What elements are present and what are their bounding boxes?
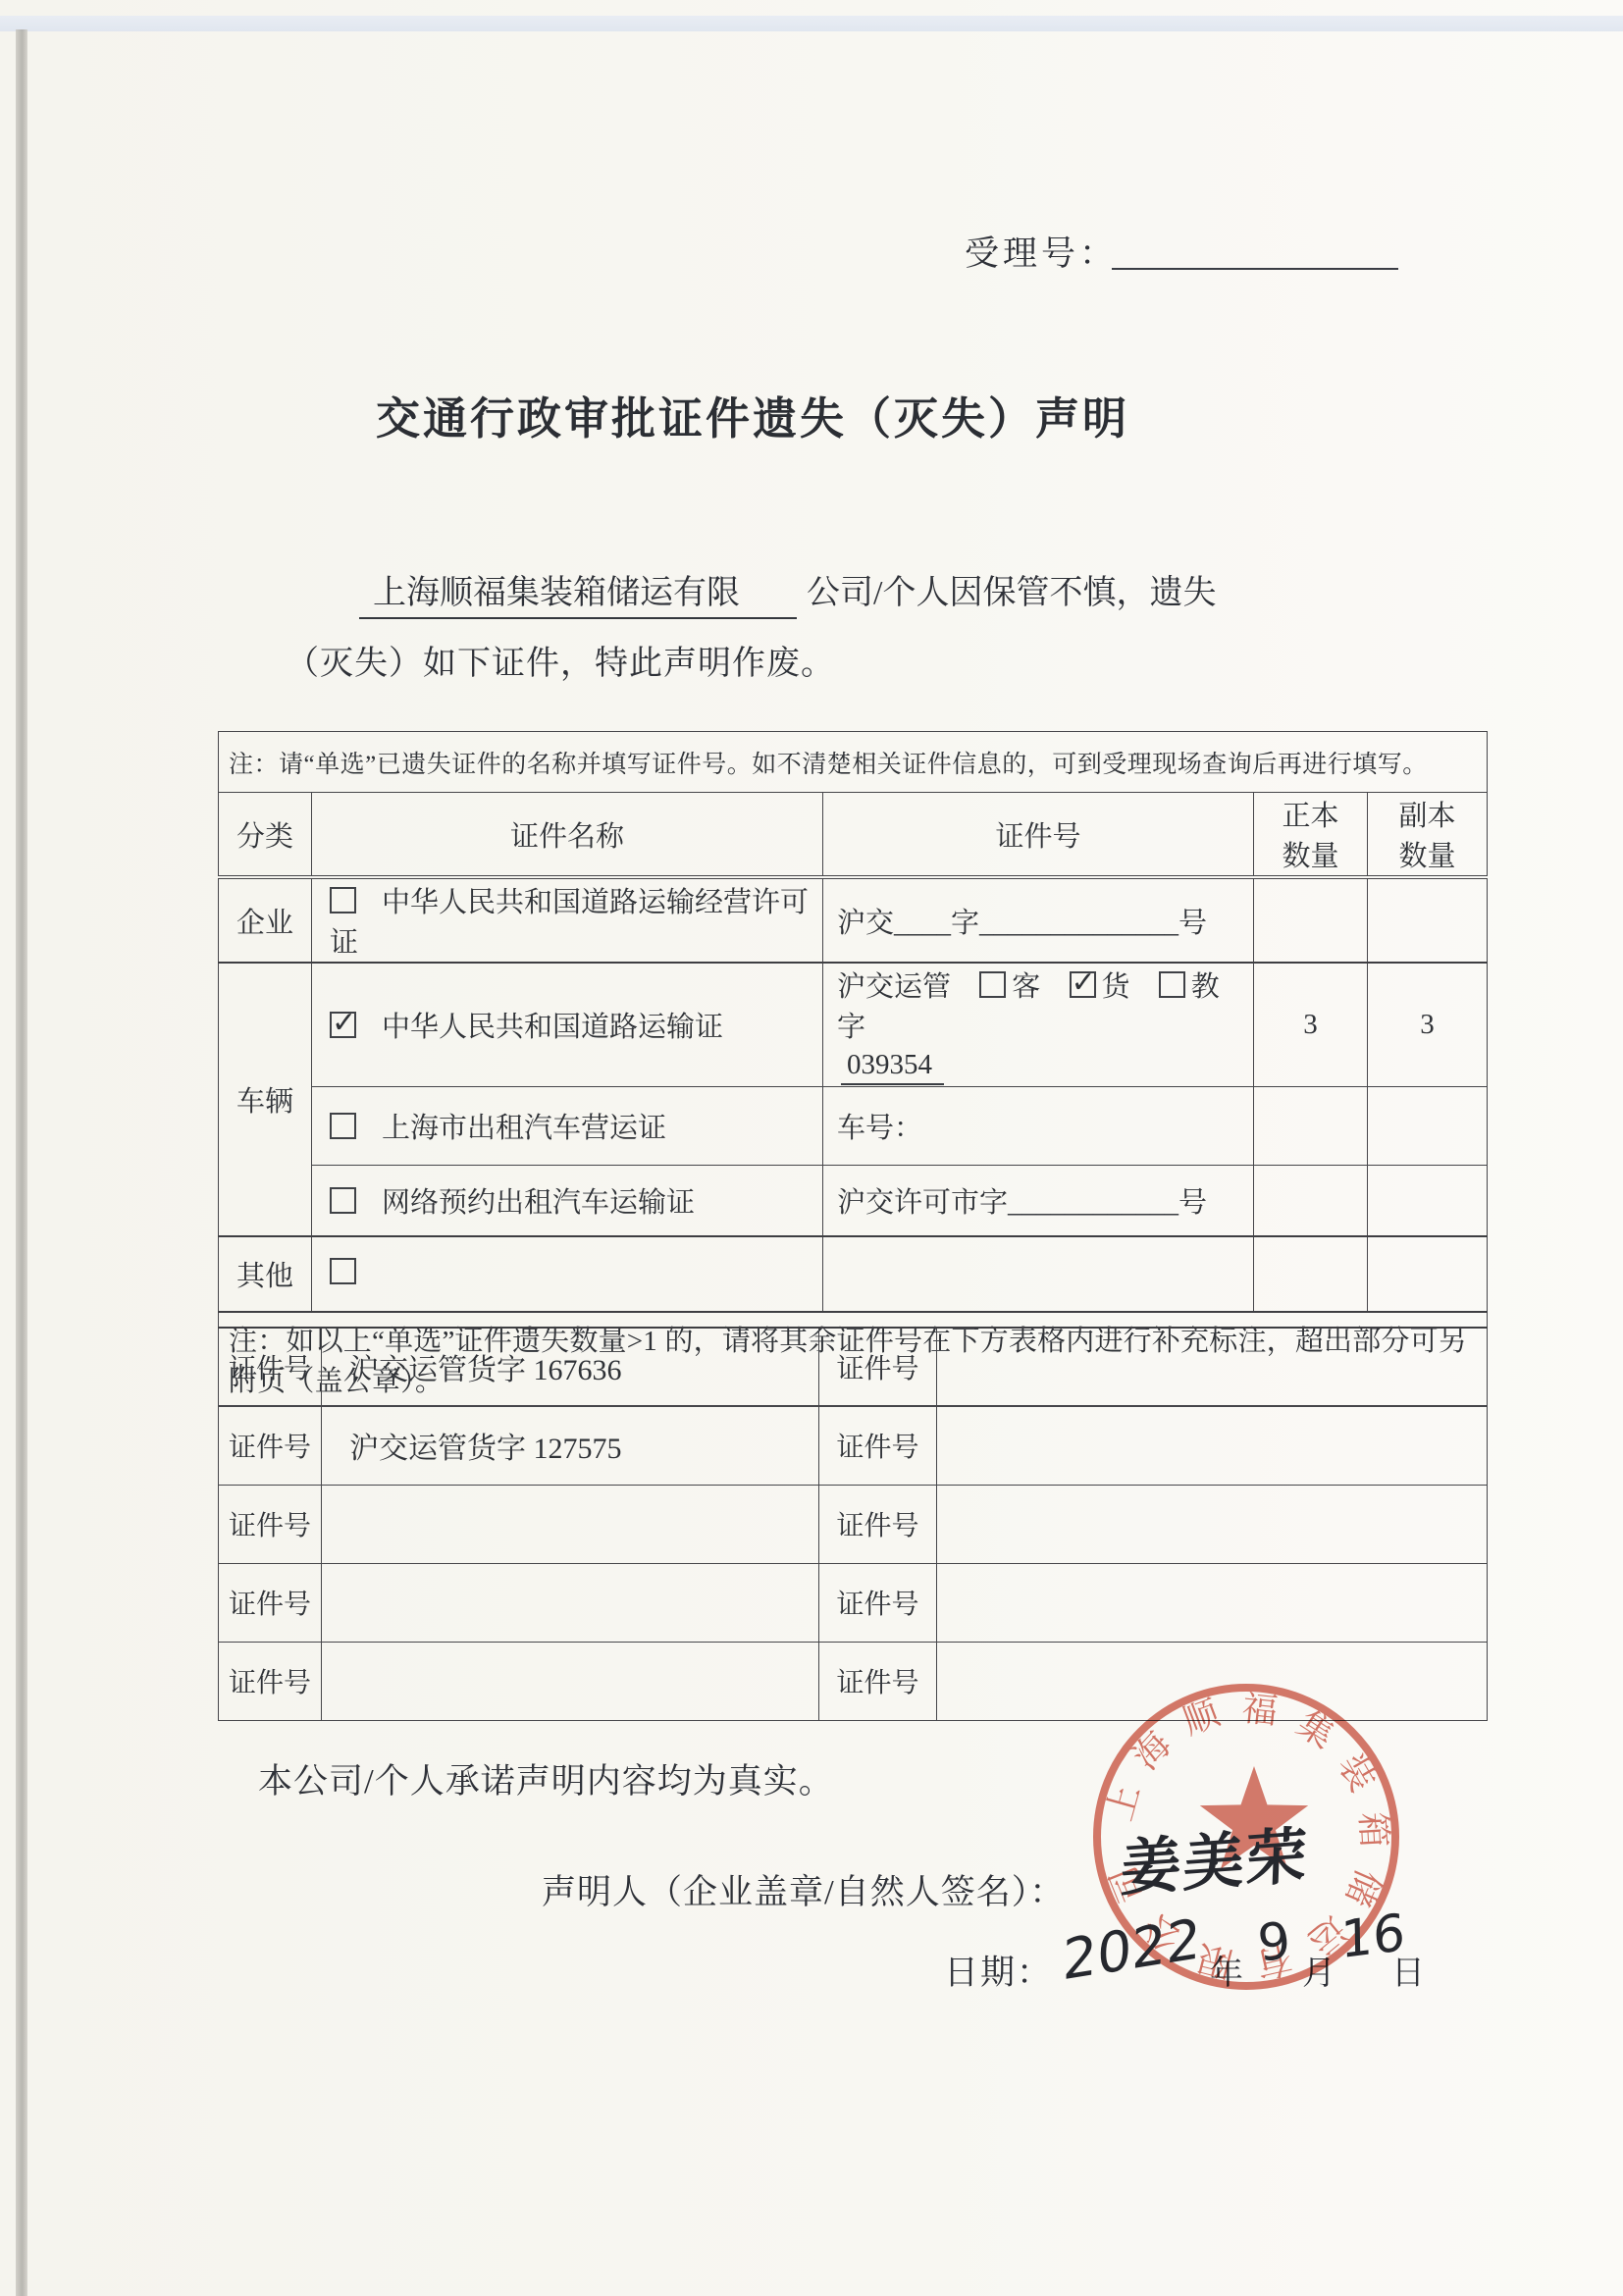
number-suffix: 号 (1178, 908, 1207, 939)
number-prefix: 沪交运管 (837, 971, 951, 1003)
supp-number-value (322, 1485, 819, 1563)
handwritten-signature: 姜美荣 (1120, 1806, 1311, 1907)
scan-artifact-top-band (0, 16, 1623, 31)
supp-number-value (937, 1328, 1488, 1406)
option-label: 货 (1102, 971, 1130, 1003)
cert-number-cell (823, 1236, 1254, 1312)
original-qty-cell (1254, 1087, 1368, 1166)
cert-number-label: 证件号 (219, 1563, 322, 1642)
checkbox-checked-icon (330, 1012, 356, 1038)
cert-number-label: 证件号 (819, 1563, 937, 1642)
checkbox-unchecked-icon (979, 971, 1006, 998)
cert-number-label: 证件号 (819, 1642, 937, 1720)
checkbox-checked-icon (1070, 971, 1096, 998)
checkbox-unchecked-icon (330, 1258, 356, 1284)
table-row: 其他 (219, 1236, 1488, 1312)
copy-qty-cell (1368, 1166, 1488, 1236)
col-header-original-qty: 正本 数量 (1254, 793, 1368, 878)
cert-number-value: 039354 (841, 1049, 944, 1085)
table-note-1: 注：请“单选”已遗失证件的名称并填写证件号。如不清楚相关证件信息的，可到受理现场… (219, 732, 1488, 793)
col-header-cert-name: 证件名称 (312, 793, 823, 878)
declarant-label: 声明人（企业盖章/自然人签名）： (542, 1865, 1065, 1914)
number-mid: 字 (837, 1012, 865, 1043)
option-training: 教 (1159, 971, 1220, 1003)
cert-name-cell: 中华人民共和国道路运输证 (312, 963, 823, 1087)
original-label: 正本 (1255, 794, 1366, 834)
supp-number-value (937, 1406, 1488, 1485)
supplementary-numbers-table: 证件号 沪交运管货字 167636 证件号 证件号 沪交运管货字 127575 … (218, 1327, 1488, 1721)
cert-name-label: 中华人民共和国道路运输经营许可证 (330, 887, 809, 959)
supp-number-value: 沪交运管货字 127575 (322, 1406, 819, 1485)
checkbox-unchecked-icon (330, 1187, 356, 1214)
checkbox-unchecked-icon (330, 1113, 356, 1139)
original-qty-cell (1254, 877, 1368, 963)
col-header-copy-qty: 副本 数量 (1368, 793, 1488, 878)
checkbox-unchecked-icon (330, 887, 356, 913)
option-passenger: 客 (979, 971, 1040, 1003)
table-row: 证件号 沪交运管货字 167636 证件号 (219, 1328, 1488, 1406)
cert-name-label: 中华人民共和国道路运输证 (382, 1012, 723, 1043)
original-qty-cell: 3 (1254, 963, 1368, 1087)
number-blank: ______________ (979, 908, 1178, 939)
category-vehicle: 车辆 (219, 963, 312, 1236)
intro-line-1: 上海顺福集装箱储运有限公司/个人因保管不慎，遗失 (359, 565, 1216, 619)
supp-number-value (937, 1563, 1488, 1642)
copy-label: 副本 (1369, 794, 1486, 834)
table-row: 企业 中华人民共和国道路运输经营许可证 沪交____字_____________… (219, 877, 1488, 963)
number-line-2: 039354 (837, 1049, 1252, 1085)
cert-number-label: 证件号 (219, 1406, 322, 1485)
declarant-company-name: 上海顺福集装箱储运有限 (359, 565, 797, 619)
table-row: 网络预约出租汽车运输证 沪交许可市字____________号 (219, 1166, 1488, 1236)
date-label: 日期： (944, 1946, 1053, 1995)
col-header-category: 分类 (219, 793, 312, 878)
original-qty-cell (1254, 1236, 1368, 1312)
supp-number-value (937, 1485, 1488, 1563)
number-line-1: 沪交运管 客 货 教 字 (837, 965, 1252, 1045)
cert-name-cell (312, 1236, 823, 1312)
copy-qty-cell (1368, 877, 1488, 963)
acceptance-number-label: 受理号： (965, 227, 1118, 276)
scan-artifact-left-stripe (16, 29, 27, 2296)
cert-number-cell: 车号： (823, 1087, 1254, 1166)
number-prefix: 沪交许可市字 (837, 1187, 1008, 1219)
number-prefix: 沪交 (837, 908, 894, 939)
number-blank: ____ (894, 908, 951, 939)
cert-name-cell: 中华人民共和国道路运输经营许可证 (312, 877, 823, 963)
col-header-cert-number: 证件号 (823, 793, 1254, 878)
cert-name-label: 网络预约出租汽车运输证 (382, 1187, 695, 1219)
intro-line-2: （灭失）如下证件，特此声明作废。 (286, 636, 835, 684)
option-freight: 货 (1070, 971, 1130, 1003)
option-label: 教 (1191, 971, 1220, 1003)
category-other: 其他 (219, 1236, 312, 1312)
cert-number-label: 证件号 (819, 1406, 937, 1485)
table-row: 车辆 中华人民共和国道路运输证 沪交运管 客 货 教 字 039354 3 3 (219, 963, 1488, 1087)
cert-number-label: 证件号 (219, 1485, 322, 1563)
number-mid: 字 (951, 908, 979, 939)
table-row: 证件号 证件号 (219, 1485, 1488, 1563)
table-row: 证件号 证件号 (219, 1563, 1488, 1642)
cert-number-cell: 沪交许可市字____________号 (823, 1166, 1254, 1236)
category-enterprise: 企业 (219, 877, 312, 963)
lost-certificates-table: 注：请“单选”已遗失证件的名称并填写证件号。如不清楚相关证件信息的，可到受理现场… (218, 731, 1488, 1406)
copy-qty-cell: 3 (1368, 963, 1488, 1087)
supp-number-value: 沪交运管货字 167636 (322, 1328, 819, 1406)
scanned-declaration-form: 受理号： 交通行政审批证件遗失（灭失）声明 上海顺福集装箱储运有限公司/个人因保… (0, 0, 1623, 2296)
number-blank: ____________ (1008, 1187, 1178, 1219)
cert-name-cell: 网络预约出租汽车运输证 (312, 1166, 823, 1236)
copy-qty-cell (1368, 1236, 1488, 1312)
cert-number-label: 证件号 (219, 1642, 322, 1720)
original-qty-cell (1254, 1166, 1368, 1236)
supp-number-value (322, 1642, 819, 1720)
handwritten-month: 9 (1255, 1911, 1293, 1973)
cert-number-cell: 沪交____字______________号 (823, 877, 1254, 963)
promise-statement: 本公司/个人承诺声明内容均为真实。 (258, 1754, 834, 1803)
page-title: 交通行政审批证件遗失（灭失）声明 (218, 383, 1287, 446)
cert-number-cell: 沪交运管 客 货 教 字 039354 (823, 963, 1254, 1087)
qty-label: 数量 (1255, 834, 1366, 874)
copy-qty-cell (1368, 1087, 1488, 1166)
option-label: 客 (1012, 971, 1040, 1003)
handwritten-day: 16 (1340, 1904, 1406, 1970)
supp-number-value (322, 1563, 819, 1642)
number-suffix: 号 (1178, 1187, 1207, 1219)
cert-name-cell: 上海市出租汽车营运证 (312, 1087, 823, 1166)
acceptance-number-blank (1112, 229, 1398, 270)
cert-number-label: 证件号 (819, 1485, 937, 1563)
table-row: 上海市出租汽车营运证 车号： (219, 1087, 1488, 1166)
cert-name-label: 上海市出租汽车营运证 (382, 1113, 666, 1144)
qty-label: 数量 (1369, 834, 1486, 874)
table-row: 证件号 沪交运管货字 127575 证件号 (219, 1406, 1488, 1485)
intro-line-1-rest: 公司/个人因保管不慎，遗失 (797, 575, 1216, 611)
checkbox-unchecked-icon (1159, 971, 1185, 998)
cert-number-label: 证件号 (219, 1328, 322, 1406)
cert-number-label: 证件号 (819, 1328, 937, 1406)
